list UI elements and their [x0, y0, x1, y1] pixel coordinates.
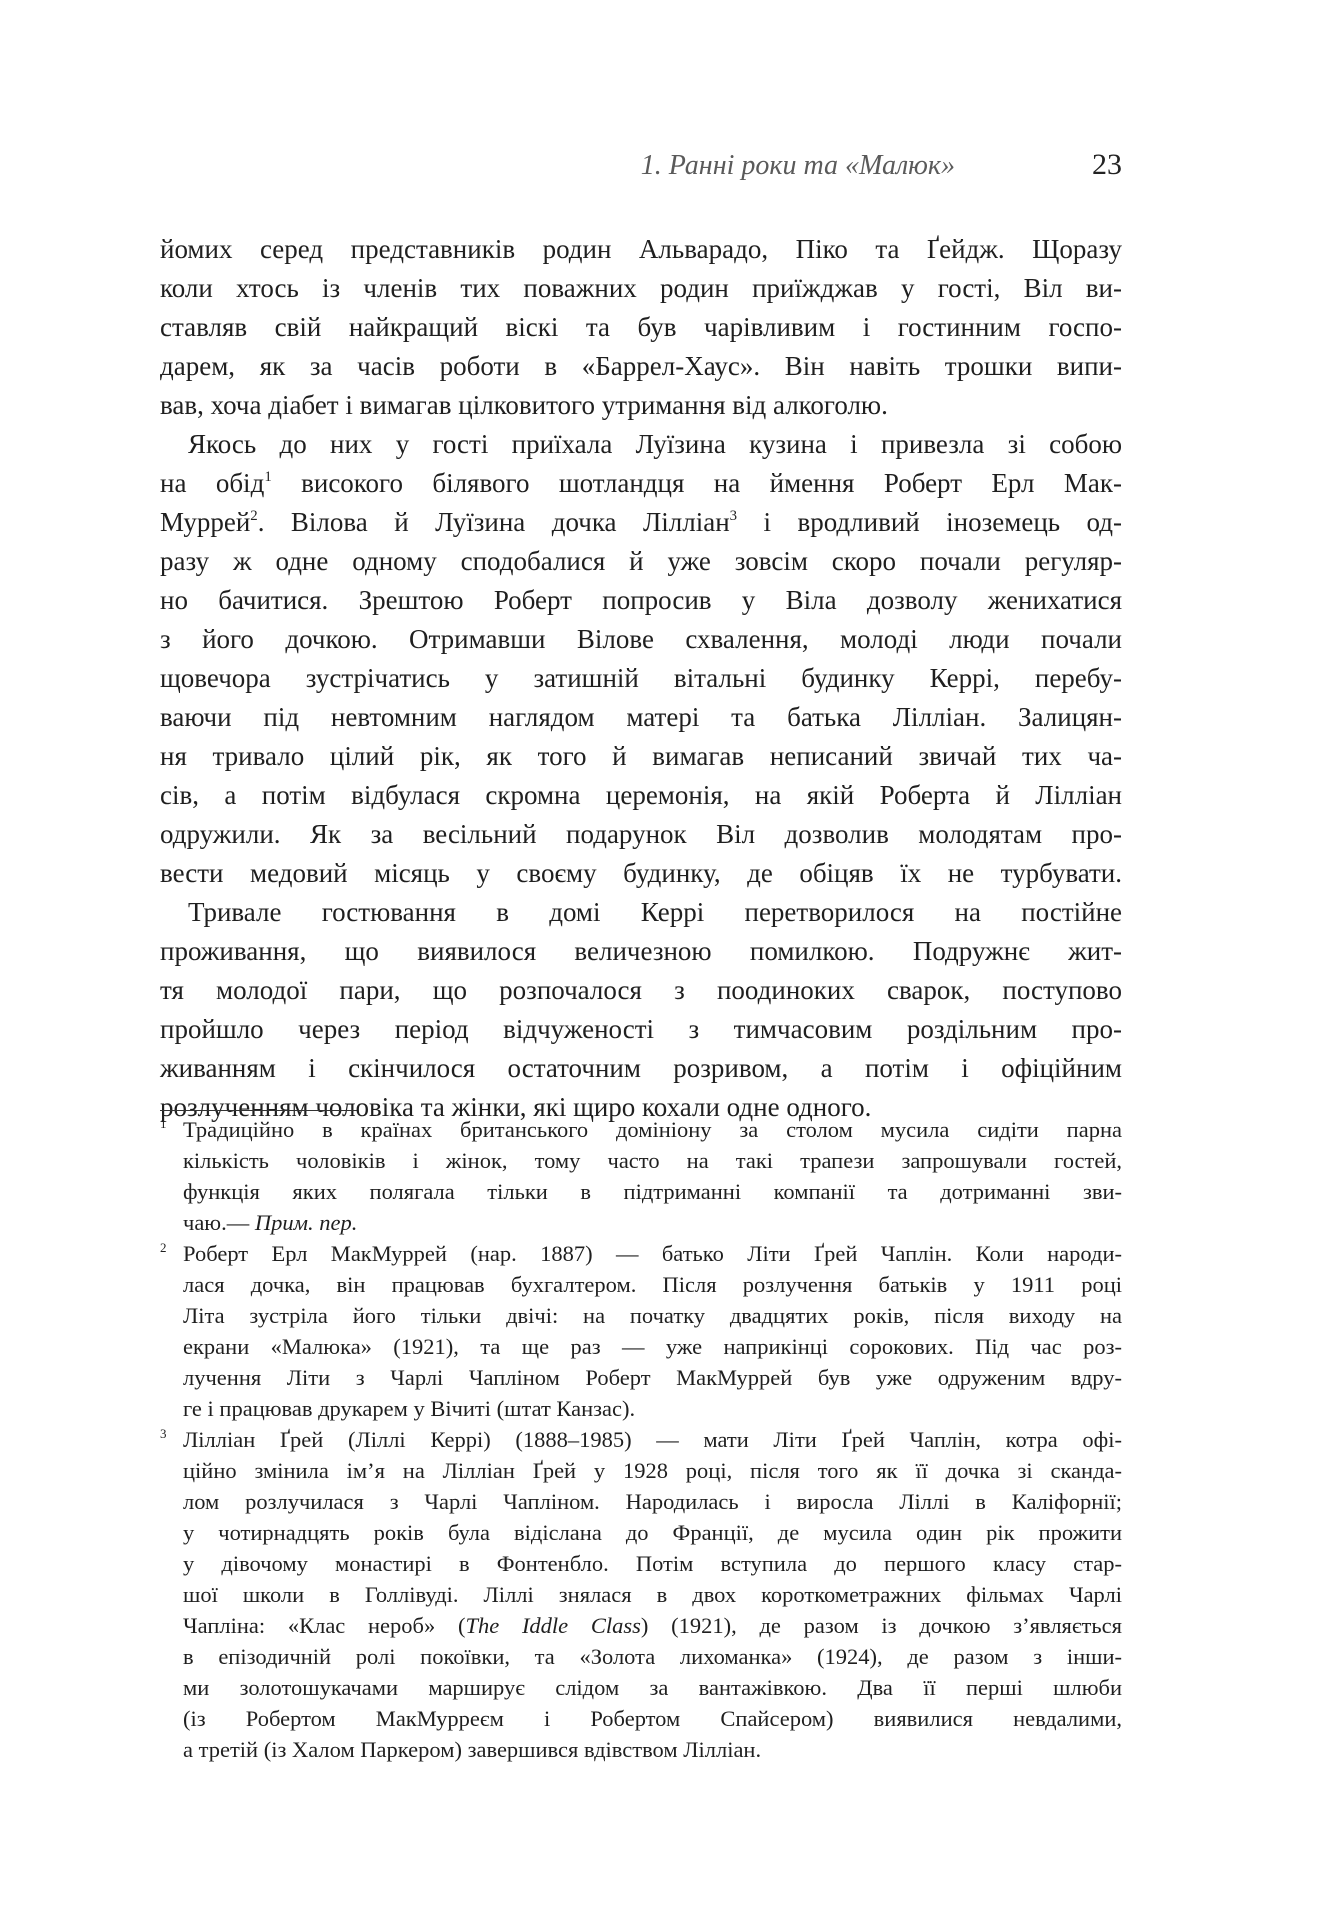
film-title-english: The Iddle Class: [465, 1613, 640, 1638]
text-line: вав, хоча діабет і вимагав цілковитого у…: [160, 386, 1122, 425]
footnote-line: лучення Літи з Чарлі Чапліном Роберт Мак…: [183, 1362, 1122, 1393]
footnote-line: Чапліна: «Клас нероб» (The Iddle Class) …: [183, 1610, 1122, 1641]
text-line: з його дочкою. Отримавши Вілове схваленн…: [160, 620, 1122, 659]
footnote-ref-3[interactable]: 3: [730, 508, 737, 524]
footnotes: 1 Традиційно в країнах британського домі…: [160, 1114, 1122, 1765]
page-number: 23: [1092, 148, 1122, 182]
footnote-line: лася дочка, він працював бухгалтером. Пі…: [183, 1269, 1122, 1300]
footnote-line: у чотирнадцять років була відіслана до Ф…: [183, 1517, 1122, 1548]
main-text: йомих серед представників родин Альварад…: [160, 230, 1122, 1127]
text-fragment: високого білявого шотландця на ймення Ро…: [301, 468, 1122, 498]
footnote-marker: 3: [160, 1424, 167, 1444]
text-fragment: . Вілова й Луїзина дочка Лілліан: [258, 507, 730, 537]
footnote-ref-2[interactable]: 2: [250, 508, 257, 524]
text-line: йомих серед представників родин Альварад…: [160, 230, 1122, 269]
text-line: ваючи під невтомним наглядом матері та б…: [160, 698, 1122, 737]
text-line: Тривале гостювання в домі Керрі перетвор…: [160, 893, 1122, 932]
footnote-line: ге і працював друкарем у Вічиті (штат Ка…: [183, 1393, 1122, 1424]
text-fragment: Муррей: [160, 507, 250, 537]
footnote-line: кількість чоловіків і жінок, тому часто …: [183, 1145, 1122, 1176]
footnote-line: Літа зустріла його тільки двічі: на поча…: [183, 1300, 1122, 1331]
footnote-line: шої школи в Голлівуді. Ліллі знялася в д…: [183, 1579, 1122, 1610]
text-line: разу ж одне одному сподобалися й уже зов…: [160, 542, 1122, 581]
text-line: ня тривало цілий рік, як того й вимагав …: [160, 737, 1122, 776]
text-line: тя молодої пари, що розпочалося з поодин…: [160, 971, 1122, 1010]
text-line: дарем, як за часів роботи в «Баррел-Хаус…: [160, 347, 1122, 386]
text-fragment: Чапліна: «Клас нероб» (: [183, 1613, 465, 1638]
running-head: 1. Ранні роки та «Малюк» 23: [160, 148, 1122, 188]
text-line: сів, а потім відбулася скромна церемонія…: [160, 776, 1122, 815]
chapter-title: 1. Ранні роки та «Малюк»: [160, 150, 955, 182]
footnote-1: 1 Традиційно в країнах британського домі…: [160, 1114, 1122, 1238]
footnote-line: екрани «Малюка» (1921), та ще раз — уже …: [183, 1331, 1122, 1362]
book-page: 1. Ранні роки та «Малюк» 23 йомих серед …: [0, 0, 1339, 1930]
text-line: щовечора зустрічатись у затишній вітальн…: [160, 659, 1122, 698]
text-fragment: чаю.—: [183, 1210, 255, 1235]
footnote-line: у дівочому монастирі в Фонтенбло. Потім …: [183, 1548, 1122, 1579]
footnote-line: а третій (із Халом Паркером) завершився …: [183, 1734, 1122, 1765]
footnote-line: в епізодичній ролі покоївки, та «Золота …: [183, 1641, 1122, 1672]
footnote-line: ми золотошукачами марширує слідом за ван…: [183, 1672, 1122, 1703]
footnote-marker: 1: [160, 1114, 167, 1134]
text-line: коли хтось із членів тих поважних родин …: [160, 269, 1122, 308]
footnote-ref-1[interactable]: 1: [264, 469, 271, 485]
footnote-line: лом розлучилася з Чарлі Чапліном. Народи…: [183, 1486, 1122, 1517]
text-line: Якось до них у гості приїхала Луїзина ку…: [160, 425, 1122, 464]
text-line: ставляв свій найкращий віскі та був чарі…: [160, 308, 1122, 347]
footnote-line: Лілліан Ґрей (Ліллі Керрі) (1888–1985) —…: [183, 1424, 1122, 1455]
footnote-line: ційно змінила ім’я на Лілліан Ґрей у 192…: [183, 1455, 1122, 1486]
text-line: одружили. Як за весільний подарунок Віл …: [160, 815, 1122, 854]
text-line: но бачитися. Зрештою Роберт попросив у В…: [160, 581, 1122, 620]
text-line: вести медовий місяць у своєму будинку, д…: [160, 854, 1122, 893]
text-line: на обід1 високого білявого шотландця на …: [160, 464, 1122, 503]
translator-note: Прим. пер.: [255, 1210, 357, 1235]
text-line: проживання, що виявилося величезною поми…: [160, 932, 1122, 971]
footnote-line: Традиційно в країнах британського доміні…: [183, 1114, 1122, 1145]
text-line: пройшло через період відчуженості з тимч…: [160, 1010, 1122, 1049]
footnote-line: Роберт Ерл МакМуррей (нар. 1887) — батьк…: [183, 1238, 1122, 1269]
text-line: живанням і скінчилося остаточним розриво…: [160, 1049, 1122, 1088]
footnote-2: 2 Роберт Ерл МакМуррей (нар. 1887) — бат…: [160, 1238, 1122, 1424]
text-fragment: і вродливий іноземець од-: [764, 507, 1122, 537]
text-fragment: на обід: [160, 468, 264, 498]
text-fragment: ) (1921), де разом із дочкою з’являється: [641, 1613, 1122, 1638]
text-line: Муррей2. Вілова й Луїзина дочка Лілліан3…: [160, 503, 1122, 542]
footnote-3: 3 Лілліан Ґрей (Ліллі Керрі) (1888–1985)…: [160, 1424, 1122, 1765]
footnote-marker: 2: [160, 1238, 167, 1258]
footnote-line: функція яких полягала тільки в підтриман…: [183, 1176, 1122, 1207]
footnote-line: чаю.— Прим. пер.: [183, 1207, 1122, 1238]
footnote-separator: [160, 1110, 357, 1111]
footnote-line: (із Робертом МакМурреєм і Робертом Спайс…: [183, 1703, 1122, 1734]
